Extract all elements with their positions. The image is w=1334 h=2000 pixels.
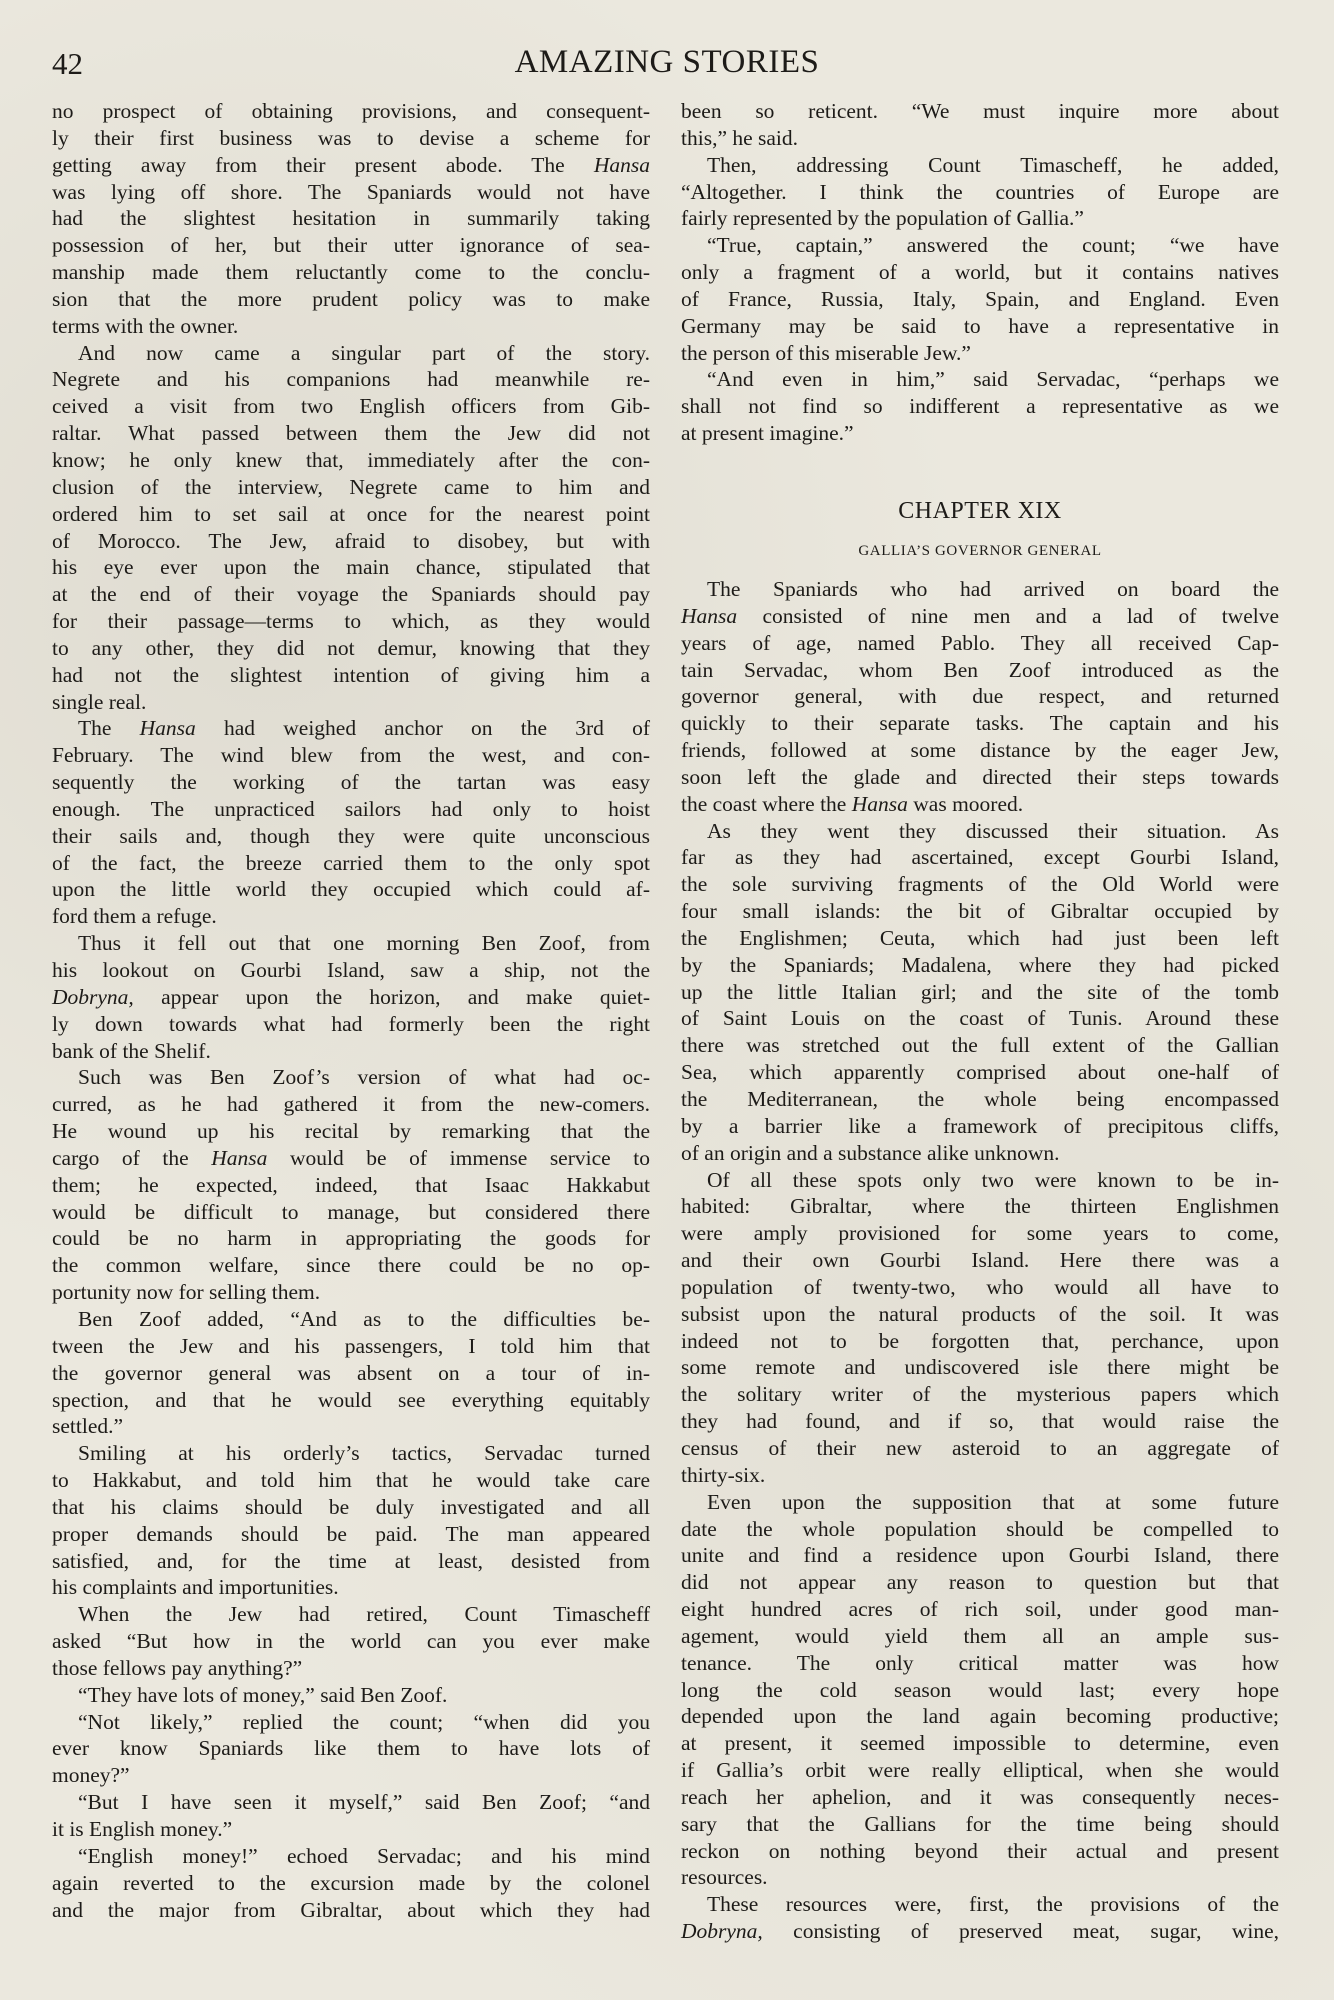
paragraph: “But I have seen it myself,” said Ben Zo… — [52, 1789, 650, 1843]
paragraph: When the Jew had retired, Count Timasche… — [52, 1601, 650, 1682]
text-line: to Hakkabut, and told him that he would … — [52, 1467, 650, 1494]
text-line: cargo of the Hansa would be of immense s… — [52, 1145, 650, 1172]
text-line: ly their first business was to devise a … — [52, 125, 650, 152]
paragraph: “Not likely,” replied the count; “when d… — [52, 1709, 650, 1790]
text-line: clusion of the interview, Negrete came t… — [52, 474, 650, 501]
text-line: and the major from Gibraltar, about whic… — [52, 1897, 650, 1924]
text-line: The Spaniards who had arrived on board t… — [681, 576, 1279, 603]
text-line: settled.” — [52, 1413, 650, 1440]
text-line: money?” — [52, 1762, 650, 1789]
text-line: sion that the more prudent policy was to… — [52, 286, 650, 313]
text-line: upon the little world they occupied whic… — [52, 876, 650, 903]
paragraph: Thus it fell out that one morning Ben Zo… — [52, 930, 650, 1064]
text-line: soon left the glade and directed their s… — [681, 764, 1279, 791]
text-line: habited: Gibraltar, where the thirteen E… — [681, 1193, 1279, 1220]
text-line: proper demands should be paid. The man a… — [52, 1521, 650, 1548]
text-line: of the fact, the breeze carried them to … — [52, 850, 650, 877]
text-line: at the end of their voyage the Spaniards… — [52, 581, 650, 608]
text-line: population of twenty-two, who would all … — [681, 1274, 1279, 1301]
text-line: the person of this miserable Jew.” — [681, 340, 1279, 367]
text-line: only a fragment of a world, but it conta… — [681, 259, 1279, 286]
paragraph: Ben Zoof added, “And as to the difficult… — [52, 1306, 650, 1440]
text-line: the common welfare, since there could be… — [52, 1252, 650, 1279]
text-line: “True, captain,” answered the count; “we… — [681, 232, 1279, 259]
paragraph: been so reticent. “We must inquire more … — [681, 98, 1279, 152]
paragraph: “They have lots of money,” said Ben Zoof… — [52, 1682, 650, 1709]
text-line: of an origin and a substance alike unkno… — [681, 1140, 1279, 1167]
text-line: Even upon the supposition that at some f… — [681, 1489, 1279, 1516]
text-line: of Saint Louis on the coast of Tunis. Ar… — [681, 1005, 1279, 1032]
text-line: up the little Italian girl; and the site… — [681, 979, 1279, 1006]
paragraph: “English money!” echoed Servadac; and hi… — [52, 1843, 650, 1924]
text-line: Then, addressing Count Timascheff, he ad… — [681, 152, 1279, 179]
text-line: Dobryna, consisting of preserved meat, s… — [681, 1918, 1279, 1945]
text-line: had the slightest hesitation in summaril… — [52, 205, 650, 232]
paragraph: The Spaniards who had arrived on board t… — [681, 576, 1279, 818]
text-line: if Gallia’s orbit were really elliptical… — [681, 1757, 1279, 1784]
text-line: Germany may be said to have a representa… — [681, 313, 1279, 340]
text-line: again reverted to the excursion made by … — [52, 1870, 650, 1897]
text-line: “And even in him,” said Servadac, “perha… — [681, 366, 1279, 393]
left-column: no prospect of obtaining provisions, and… — [52, 98, 650, 1923]
text-line: enough. The unpracticed sailors had only… — [52, 796, 650, 823]
text-line: the sole surviving fragments of the Old … — [681, 871, 1279, 898]
text-line: and their own Gourbi Island. Here there … — [681, 1247, 1279, 1274]
text-line: did not appear any reason to question bu… — [681, 1569, 1279, 1596]
text-line: could be no harm in appropriating the go… — [52, 1225, 650, 1252]
text-line: his complaints and importunities. — [52, 1574, 650, 1601]
text-line: curred, as he had gathered it from the n… — [52, 1091, 650, 1118]
paragraph: Of all these spots only two were known t… — [681, 1167, 1279, 1489]
text-line: his lookout on Gourbi Island, saw a ship… — [52, 957, 650, 984]
text-line: ford them a refuge. — [52, 903, 650, 930]
text-line: ly down towards what had formerly been t… — [52, 1011, 650, 1038]
paragraph: Smiling at his orderly’s tactics, Servad… — [52, 1440, 650, 1601]
text-line: there was stretched out the full extent … — [681, 1032, 1279, 1059]
text-line: census of their new asteroid to an aggre… — [681, 1435, 1279, 1462]
text-line: As they went they discussed their situat… — [681, 818, 1279, 845]
text-line: tain Servadac, whom Ben Zoof introduced … — [681, 657, 1279, 684]
text-line: satisfied, and, for the time at least, d… — [52, 1548, 650, 1575]
right-column-before-chapter: been so reticent. “We must inquire more … — [681, 98, 1279, 447]
text-line: “Altogether. I think the countries of Eu… — [681, 179, 1279, 206]
paragraph: And now came a singular part of the stor… — [52, 340, 650, 716]
text-line: subsist upon the natural products of the… — [681, 1301, 1279, 1328]
text-line: eight hundred acres of rich soil, under … — [681, 1596, 1279, 1623]
text-line: for their passage—terms to which, as the… — [52, 608, 650, 635]
text-line: ceived a visit from two English officers… — [52, 393, 650, 420]
paragraph: Such was Ben Zoof’s version of what had … — [52, 1064, 650, 1306]
text-line: reach her aphelion, and it was consequen… — [681, 1784, 1279, 1811]
text-line: “English money!” echoed Servadac; and hi… — [52, 1843, 650, 1870]
text-line: Negrete and his companions had meanwhile… — [52, 366, 650, 393]
text-line: depended upon the land again becoming pr… — [681, 1703, 1279, 1730]
text-line: Dobryna, appear upon the horizon, and ma… — [52, 984, 650, 1011]
paragraph: The Hansa had weighed anchor on the 3rd … — [52, 715, 650, 930]
text-line: spection, and that he would see everythi… — [52, 1387, 650, 1414]
text-line: the solitary writer of the mysterious pa… — [681, 1381, 1279, 1408]
text-line: long the cold season would last; every h… — [681, 1677, 1279, 1704]
text-line: been so reticent. “We must inquire more … — [681, 98, 1279, 125]
text-line: “They have lots of money,” said Ben Zoof… — [52, 1682, 650, 1709]
text-line: the Mediterranean, the whole being encom… — [681, 1086, 1279, 1113]
text-line: to any other, they did not demur, knowin… — [52, 635, 650, 662]
paragraph: These resources were, first, the provisi… — [681, 1891, 1279, 1945]
text-line: them; he expected, indeed, that Isaac Ha… — [52, 1172, 650, 1199]
text-line: February. The wind blew from the west, a… — [52, 742, 650, 769]
text-line: portunity now for selling them. — [52, 1279, 650, 1306]
paragraph: Then, addressing Count Timascheff, he ad… — [681, 152, 1279, 233]
paragraph: no prospect of obtaining provisions, and… — [52, 98, 650, 340]
text-line: of France, Russia, Italy, Spain, and Eng… — [681, 286, 1279, 313]
text-line: manship made them reluctantly come to th… — [52, 259, 650, 286]
text-line: governor general, with due respect, and … — [681, 683, 1279, 710]
text-line: ever know Spaniards like them to have lo… — [52, 1735, 650, 1762]
right-column-after-chapter: The Spaniards who had arrived on board t… — [681, 576, 1279, 1945]
text-line: raltar. What passed between them the Jew… — [52, 420, 650, 447]
right-column: been so reticent. “We must inquire more … — [681, 98, 1279, 1945]
text-line: at present, it seemed impossible to dete… — [681, 1730, 1279, 1757]
text-line: far as they had ascertained, except Gour… — [681, 844, 1279, 871]
text-line: those fellows pay anything?” — [52, 1655, 650, 1682]
text-line: asked “But how in the world can you ever… — [52, 1628, 650, 1655]
text-line: single real. — [52, 689, 650, 716]
text-line: some remote and undiscovered isle there … — [681, 1354, 1279, 1381]
text-line: bank of the Shelif. — [52, 1038, 650, 1065]
text-line: the governor general was absent on a tou… — [52, 1360, 650, 1387]
text-line: reckon on nothing beyond their actual an… — [681, 1838, 1279, 1865]
chapter-spacer — [681, 447, 1279, 491]
text-line: agement, would yield them all an ample s… — [681, 1623, 1279, 1650]
text-line: Ben Zoof added, “And as to the difficult… — [52, 1306, 650, 1333]
text-line: tenance. The only critical matter was ho… — [681, 1650, 1279, 1677]
text-line: When the Jew had retired, Count Timasche… — [52, 1601, 650, 1628]
text-line: had not the slightest intention of givin… — [52, 662, 650, 689]
paragraph: “And even in him,” said Servadac, “perha… — [681, 366, 1279, 447]
text-line: would be difficult to manage, but consid… — [52, 1199, 650, 1226]
text-line: Of all these spots only two were known t… — [681, 1167, 1279, 1194]
text-line: they had found, and if so, that would ra… — [681, 1408, 1279, 1435]
text-line: his eye ever upon the main chance, stipu… — [52, 554, 650, 581]
text-line: four small islands: the bit of Gibraltar… — [681, 898, 1279, 925]
text-line: of Morocco. The Jew, afraid to disobey, … — [52, 528, 650, 555]
text-line: Thus it fell out that one morning Ben Zo… — [52, 930, 650, 957]
text-line: Hansa consisted of nine men and a lad of… — [681, 603, 1279, 630]
running-title: AMAZING STORIES — [0, 44, 1334, 81]
paragraph: Even upon the supposition that at some f… — [681, 1489, 1279, 1892]
text-line: getting away from their present abode. T… — [52, 152, 650, 179]
text-line: Sea, which apparently comprised about on… — [681, 1059, 1279, 1086]
text-line: fairly represented by the population of … — [681, 205, 1279, 232]
text-line: resources. — [681, 1864, 1279, 1891]
text-line: sequently the working of the tartan was … — [52, 769, 650, 796]
text-line: “Not likely,” replied the count; “when d… — [52, 1709, 650, 1736]
text-line: this,” he said. — [681, 125, 1279, 152]
paragraph: “True, captain,” answered the count; “we… — [681, 232, 1279, 366]
text-line: friends, followed at some distance by th… — [681, 737, 1279, 764]
text-line: by the Spaniards; Madalena, where they h… — [681, 952, 1279, 979]
text-line: by a barrier like a framework of precipi… — [681, 1113, 1279, 1140]
text-line: “But I have seen it myself,” said Ben Zo… — [52, 1789, 650, 1816]
text-line: sary that the Gallians for the time bein… — [681, 1811, 1279, 1838]
text-line: indeed not to be forgotten that, perchan… — [681, 1328, 1279, 1355]
text-line: shall not find so indifferent a represen… — [681, 393, 1279, 420]
paragraph: As they went they discussed their situat… — [681, 818, 1279, 1167]
chapter-subtitle: GALLIA’S GOVERNOR GENERAL — [681, 531, 1279, 571]
text-line: no prospect of obtaining provisions, and… — [52, 98, 650, 125]
text-line: it is English money.” — [52, 1816, 650, 1843]
text-line: at present imagine.” — [681, 420, 1279, 447]
text-line: that his claims should be duly investiga… — [52, 1494, 650, 1521]
text-line: years of age, named Pablo. They all rece… — [681, 630, 1279, 657]
text-line: unite and find a residence upon Gourbi I… — [681, 1542, 1279, 1569]
text-line: know; he only knew that, immediately aft… — [52, 447, 650, 474]
text-line: terms with the owner. — [52, 313, 650, 340]
text-line: was lying off shore. The Spaniards would… — [52, 179, 650, 206]
text-line: And now came a singular part of the stor… — [52, 340, 650, 367]
text-line: quickly to their separate tasks. The cap… — [681, 710, 1279, 737]
text-line: tween the Jew and his passengers, I told… — [52, 1333, 650, 1360]
text-line: He wound up his recital by remarking tha… — [52, 1118, 650, 1145]
text-line: These resources were, first, the provisi… — [681, 1891, 1279, 1918]
text-line: possession of her, but their utter ignor… — [52, 232, 650, 259]
text-line: Smiling at his orderly’s tactics, Servad… — [52, 1440, 650, 1467]
text-line: the Englishmen; Ceuta, which had just be… — [681, 925, 1279, 952]
text-line: the coast where the Hansa was moored. — [681, 791, 1279, 818]
text-line: Such was Ben Zoof’s version of what had … — [52, 1064, 650, 1091]
text-line: ordered him to set sail at once for the … — [52, 501, 650, 528]
chapter-title: CHAPTER XIX — [681, 491, 1279, 531]
text-line: The Hansa had weighed anchor on the 3rd … — [52, 715, 650, 742]
text-line: date the whole population should be comp… — [681, 1516, 1279, 1543]
text-line: their sails and, though they were quite … — [52, 823, 650, 850]
text-line: thirty-six. — [681, 1462, 1279, 1489]
text-line: were amply provisioned for some years to… — [681, 1220, 1279, 1247]
